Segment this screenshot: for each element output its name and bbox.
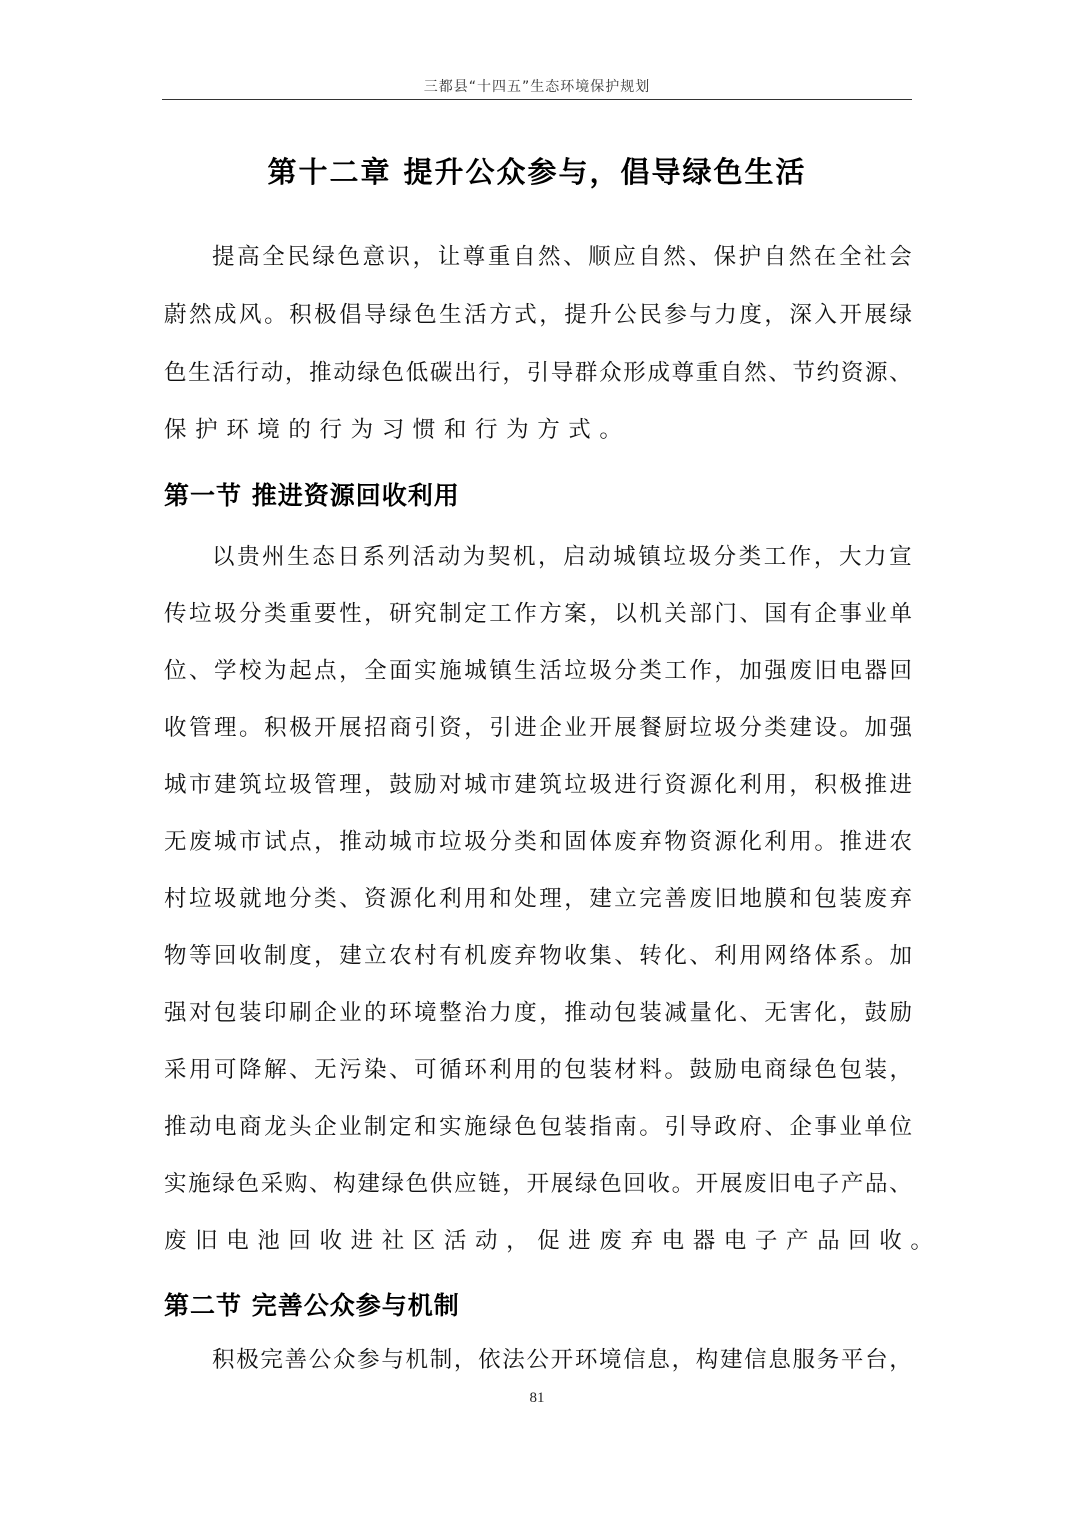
paragraph-line: 物等回收制度，建立农村有机废弃物收集、转化、利用网络体系。加	[164, 939, 912, 969]
paragraph-line: 强对包装印刷企业的环境整治力度，推动包装减量化、无害化，鼓励	[164, 996, 912, 1026]
chapter-title: 第十二章 提升公众参与，倡导绿色生活	[162, 150, 912, 191]
paragraph-line: 提高全民绿色意识，让尊重自然、顺应自然、保护自然在全社会	[212, 240, 912, 270]
paragraph-line: 位、学校为起点，全面实施城镇生活垃圾分类工作，加强废旧电器回	[164, 654, 912, 684]
section-title: 第二节 完善公众参与机制	[164, 1286, 460, 1322]
paragraph-line: 实施绿色采购、构建绿色供应链，开展绿色回收。开展废旧电子产品、	[164, 1167, 912, 1197]
paragraph-line: 蔚然成风。积极倡导绿色生活方式，提升公民参与力度，深入开展绿	[164, 298, 912, 328]
running-header: 三都县“十四五”生态环境保护规划	[162, 76, 912, 96]
document-page: 三都县“十四五”生态环境保护规划 第十二章 提升公众参与，倡导绿色生活 提高全民…	[0, 0, 1074, 1520]
paragraph-line: 村垃圾就地分类、资源化利用和处理，建立完善废旧地膜和包装废弃	[164, 882, 912, 912]
paragraph-line: 积极完善公众参与机制，依法公开环境信息，构建信息服务平台，	[212, 1343, 912, 1373]
paragraph-line: 以贵州生态日系列活动为契机，启动城镇垃圾分类工作，大力宣	[212, 540, 912, 570]
paragraph-line: 传垃圾分类重要性，研究制定工作方案，以机关部门、国有企事业单	[164, 597, 912, 627]
header-divider	[162, 99, 912, 100]
paragraph-line: 无废城市试点，推动城市垃圾分类和固体废弃物资源化利用。推进农	[164, 825, 912, 855]
page-number: 81	[162, 1390, 912, 1407]
section-title: 第一节 推进资源回收利用	[164, 476, 460, 512]
paragraph-line: 色生活行动，推动绿色低碳出行，引导群众形成尊重自然、节约资源、	[164, 356, 912, 386]
paragraph-line: 城市建筑垃圾管理，鼓励对城市建筑垃圾进行资源化利用，积极推进	[164, 768, 912, 798]
paragraph-line: 推动电商龙头企业制定和实施绿色包装指南。引导政府、企事业单位	[164, 1110, 912, 1140]
paragraph-line: 保护环境的行为习惯和行为方式。	[164, 413, 912, 443]
paragraph-line: 采用可降解、无污染、可循环利用的包装材料。鼓励电商绿色包装，	[164, 1053, 912, 1083]
paragraph-line: 收管理。积极开展招商引资，引进企业开展餐厨垃圾分类建设。加强	[164, 711, 912, 741]
paragraph-line: 废旧电池回收进社区活动，促进废弃电器电子产品回收。	[164, 1224, 912, 1254]
